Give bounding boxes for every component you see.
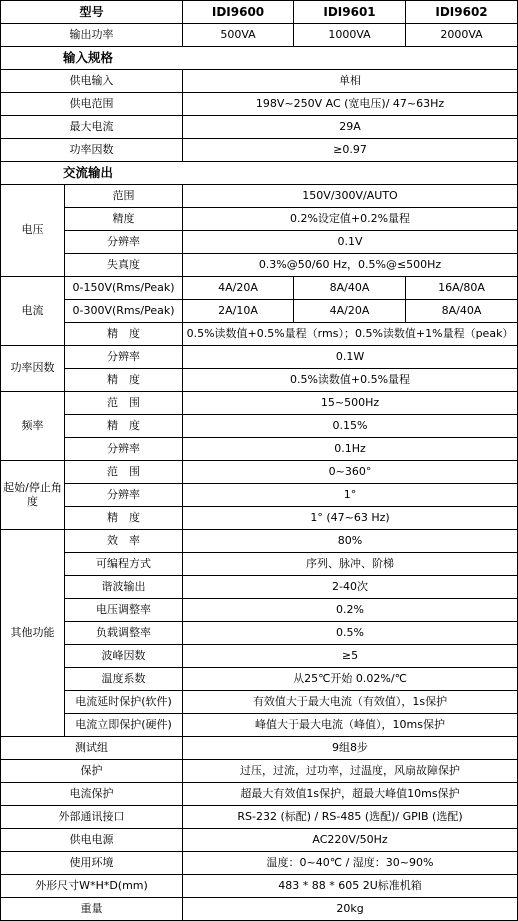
section-header: 输入规格 bbox=[1, 47, 518, 70]
model-name: IDI9601 bbox=[294, 1, 406, 24]
row-label: 分辨率 bbox=[65, 231, 183, 254]
table-row: 频率范 围15~500Hz bbox=[1, 392, 518, 415]
model-name: IDI9600 bbox=[183, 1, 294, 24]
value-cell: 198V~250V AC (宽电压)/ 47~63Hz bbox=[183, 93, 518, 116]
table-row: 交流输出 bbox=[1, 162, 518, 185]
value-cell: 9组8步 bbox=[183, 737, 518, 760]
table-row: 精度0.2%设定值+0.2%量程 bbox=[1, 208, 518, 231]
row-label: 分辨率 bbox=[65, 484, 183, 507]
group-label: 其他功能 bbox=[1, 530, 65, 737]
value-cell: 有效值大于最大电流（有效值），1s保护 bbox=[183, 691, 518, 714]
table-row: 型号IDI9600IDI9601IDI9602 bbox=[1, 1, 518, 24]
table-row: 分辨率0.1V bbox=[1, 231, 518, 254]
table-row: 功率因数≥0.97 bbox=[1, 139, 518, 162]
value-cell: 单相 bbox=[183, 70, 518, 93]
group-label: 频率 bbox=[1, 392, 65, 461]
table-row: 输出功率500VA1000VA2000VA bbox=[1, 24, 518, 47]
value-cell: RS-232 (标配) / RS-485 (选配)/ GPIB (选配) bbox=[183, 806, 518, 829]
row-label: 电流保护 bbox=[1, 783, 183, 806]
value-cell: 范围 bbox=[65, 185, 183, 208]
value-cell: 2-40次 bbox=[183, 576, 518, 599]
value-cell: 0.5%读数值+0.5%量程 bbox=[183, 369, 518, 392]
spec-label-model: 型号 bbox=[1, 1, 183, 24]
table-row: 供电输入单相 bbox=[1, 70, 518, 93]
row-label: 精 度 bbox=[65, 507, 183, 530]
table-row: 谐波输出2-40次 bbox=[1, 576, 518, 599]
row-label: 电流立即保护(硬件) bbox=[65, 714, 183, 737]
table-row: 电流立即保护(硬件)峰值大于最大电流（峰值），10ms保护 bbox=[1, 714, 518, 737]
value-cell: 80% bbox=[183, 530, 518, 553]
row-label: 失真度 bbox=[65, 254, 183, 277]
value-cell: ≥5 bbox=[183, 645, 518, 668]
value-cell: 1° bbox=[183, 484, 518, 507]
row-label: 0-150V(Rms/Peak) bbox=[65, 277, 183, 300]
table-row: 精 度0.5%读数值+0.5%量程 bbox=[1, 369, 518, 392]
table-row: 波峰因数≥5 bbox=[1, 645, 518, 668]
row-label: 重量 bbox=[1, 898, 183, 921]
table-row: 测试组9组8步 bbox=[1, 737, 518, 760]
value-cell: 0.15% bbox=[183, 415, 518, 438]
row-label: 输出功率 bbox=[1, 24, 183, 47]
table-row: 分辨率0.1Hz bbox=[1, 438, 518, 461]
row-label: 温度系数 bbox=[65, 668, 183, 691]
row-label: 保护 bbox=[1, 760, 183, 783]
table-row: 使用环境温度：0~40℃ / 湿度：30~90% bbox=[1, 852, 518, 875]
table-row: 精 度0.15% bbox=[1, 415, 518, 438]
table-row: 0-300V(Rms/Peak)2A/10A4A/20A8A/40A bbox=[1, 300, 518, 323]
table-row: 电流延时保护(软件)有效值大于最大电流（有效值），1s保护 bbox=[1, 691, 518, 714]
row-label: 波峰因数 bbox=[65, 645, 183, 668]
table-row: 外形尺寸W*H*D(mm)483 * 88 * 605 2U标准机箱 bbox=[1, 875, 518, 898]
model-name: IDI9602 bbox=[406, 1, 518, 24]
table-row: 分辨率1° bbox=[1, 484, 518, 507]
row-label: 测试组 bbox=[1, 737, 183, 760]
row-label: 精 度 bbox=[65, 323, 183, 346]
group-label: 功率因数 bbox=[1, 346, 65, 392]
row-label: 精度 bbox=[65, 208, 183, 231]
value-cell: 500VA bbox=[183, 24, 294, 47]
row-label: 最大电流 bbox=[1, 116, 183, 139]
row-label: 外部通讯接口 bbox=[1, 806, 183, 829]
value-cell: 0.1Hz bbox=[183, 438, 518, 461]
value-cell: ≥0.97 bbox=[183, 139, 518, 162]
value-cell: 29A bbox=[183, 116, 518, 139]
table-row: 输入规格 bbox=[1, 47, 518, 70]
section-header: 交流输出 bbox=[1, 162, 518, 185]
value-cell: 1000VA bbox=[294, 24, 406, 47]
value-cell: 0.1W bbox=[183, 346, 518, 369]
row-label: 外形尺寸W*H*D(mm) bbox=[1, 875, 183, 898]
value-cell: 从25℃开始 0.02%/℃ bbox=[183, 668, 518, 691]
table-row: 外部通讯接口RS-232 (标配) / RS-485 (选配)/ GPIB (选… bbox=[1, 806, 518, 829]
table-row: 失真度0.3%@50/60 Hz，0.5%@≤500Hz bbox=[1, 254, 518, 277]
spec-table-body: 型号IDI9600IDI9601IDI9602输出功率500VA1000VA20… bbox=[1, 1, 518, 921]
value-cell: 0.2% bbox=[183, 599, 518, 622]
value-cell: 2000VA bbox=[406, 24, 518, 47]
group-label: 电压 bbox=[1, 185, 65, 277]
table-row: 供电范围198V~250V AC (宽电压)/ 47~63Hz bbox=[1, 93, 518, 116]
table-row: 负载调整率0.5% bbox=[1, 622, 518, 645]
row-label: 供电范围 bbox=[1, 93, 183, 116]
value-cell: 16A/80A bbox=[406, 277, 518, 300]
row-label: 供电电源 bbox=[1, 829, 183, 852]
row-label: 精 度 bbox=[65, 369, 183, 392]
table-row: 起始/停止角度范 围0~360° bbox=[1, 461, 518, 484]
table-row: 精 度0.5%读数值+0.5%量程（rms）；0.5%读数值+1%量程（peak… bbox=[1, 323, 518, 346]
table-row: 电流0-150V(Rms/Peak)4A/20A8A/40A16A/80A bbox=[1, 277, 518, 300]
value-cell: 温度：0~40℃ / 湿度：30~90% bbox=[183, 852, 518, 875]
value-cell: AC220V/50Hz bbox=[183, 829, 518, 852]
row-label: 谐波输出 bbox=[65, 576, 183, 599]
table-row: 保护过压，过流，过功率，过温度，风扇故障保护 bbox=[1, 760, 518, 783]
table-row: 重量20kg bbox=[1, 898, 518, 921]
group-label: 起始/停止角度 bbox=[1, 461, 65, 530]
value-cell: 0.3%@50/60 Hz，0.5%@≤500Hz bbox=[183, 254, 518, 277]
value-cell: 分辨率 bbox=[65, 346, 183, 369]
table-row: 温度系数从25℃开始 0.02%/℃ bbox=[1, 668, 518, 691]
table-row: 供电电源AC220V/50Hz bbox=[1, 829, 518, 852]
value-cell: 范 围 bbox=[65, 461, 183, 484]
table-row: 精 度1° (47~63 Hz) bbox=[1, 507, 518, 530]
value-cell: 0.5%读数值+0.5%量程（rms）；0.5%读数值+1%量程（peak） bbox=[183, 323, 518, 346]
spec-table: 型号IDI9600IDI9601IDI9602输出功率500VA1000VA20… bbox=[0, 0, 518, 921]
table-row: 电流保护超最大有效值1s保护，超最大峰值10ms保护 bbox=[1, 783, 518, 806]
row-label: 精 度 bbox=[65, 415, 183, 438]
row-label: 电流延时保护(软件) bbox=[65, 691, 183, 714]
row-label: 功率因数 bbox=[1, 139, 183, 162]
table-row: 电压范围150V/300V/AUTO bbox=[1, 185, 518, 208]
value-cell: 8A/40A bbox=[406, 300, 518, 323]
value-cell: 过压，过流，过功率，过温度，风扇故障保护 bbox=[183, 760, 518, 783]
value-cell: 0.2%设定值+0.2%量程 bbox=[183, 208, 518, 231]
value-cell: 范 围 bbox=[65, 392, 183, 415]
table-row: 可编程方式序列、脉冲、阶梯 bbox=[1, 553, 518, 576]
value-cell: 效 率 bbox=[65, 530, 183, 553]
row-label: 0-300V(Rms/Peak) bbox=[65, 300, 183, 323]
value-cell: 150V/300V/AUTO bbox=[183, 185, 518, 208]
row-label: 供电输入 bbox=[1, 70, 183, 93]
value-cell: 20kg bbox=[183, 898, 518, 921]
value-cell: 序列、脉冲、阶梯 bbox=[183, 553, 518, 576]
value-cell: 2A/10A bbox=[183, 300, 294, 323]
value-cell: 15~500Hz bbox=[183, 392, 518, 415]
table-row: 其他功能效 率80% bbox=[1, 530, 518, 553]
row-label: 电压调整率 bbox=[65, 599, 183, 622]
table-row: 功率因数分辨率0.1W bbox=[1, 346, 518, 369]
table-row: 电压调整率0.2% bbox=[1, 599, 518, 622]
value-cell: 4A/20A bbox=[183, 277, 294, 300]
group-label: 电流 bbox=[1, 277, 65, 346]
value-cell: 0~360° bbox=[183, 461, 518, 484]
table-row: 最大电流29A bbox=[1, 116, 518, 139]
row-label: 可编程方式 bbox=[65, 553, 183, 576]
value-cell: 1° (47~63 Hz) bbox=[183, 507, 518, 530]
value-cell: 8A/40A bbox=[294, 277, 406, 300]
row-label: 使用环境 bbox=[1, 852, 183, 875]
value-cell: 超最大有效值1s保护，超最大峰值10ms保护 bbox=[183, 783, 518, 806]
value-cell: 0.5% bbox=[183, 622, 518, 645]
value-cell: 483 * 88 * 605 2U标准机箱 bbox=[183, 875, 518, 898]
value-cell: 4A/20A bbox=[294, 300, 406, 323]
row-label: 负载调整率 bbox=[65, 622, 183, 645]
value-cell: 0.1V bbox=[183, 231, 518, 254]
row-label: 分辨率 bbox=[65, 438, 183, 461]
value-cell: 峰值大于最大电流（峰值），10ms保护 bbox=[183, 714, 518, 737]
